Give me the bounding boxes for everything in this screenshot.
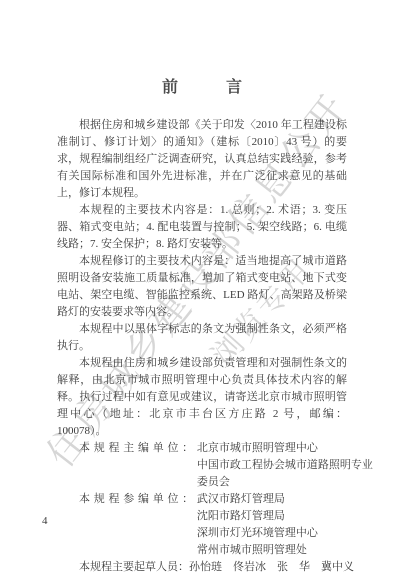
participating-unit-line: 常州市城市照明管理处: [197, 542, 318, 559]
chief-editor-line: 中国市政工程协会城市道路照明专业: [197, 457, 373, 474]
foreword-paragraph-mandatory: 本规程中以黑体字标志的条文为强制性条文，必须严格执行。: [57, 321, 347, 355]
foreword-paragraph-basis: 根据住房和城乡建设部《关于印发〈2010 年工程建设标准制订、修订计划〉的通知》…: [57, 117, 347, 202]
participating-units-values: 武汉市路灯管理局 沈阳市路灯管理局 深圳市灯光环境管理中心 常州市城市照明管理处: [197, 491, 318, 559]
chief-editor-line: 委员会: [197, 474, 373, 491]
page-title: 前 言: [57, 78, 347, 98]
drafters-row: 本规程主要起草人员： 孙怡琏 佟岩冰 张 华 冀中义: [57, 559, 347, 576]
page-number: 4: [42, 515, 48, 527]
participating-unit-line: 深圳市灯光环境管理中心: [197, 525, 318, 542]
drafters-names: 孙怡琏 佟岩冰 张 华 冀中义: [189, 559, 354, 576]
foreword-paragraph-contents: 本规程的主要技术内容是：1. 总则；2. 术语；3. 变压器、箱式变电站；4. …: [57, 202, 347, 253]
participating-unit-line: 武汉市路灯管理局: [197, 491, 318, 508]
chief-editor-line: 北京市城市照明管理中心: [197, 440, 373, 457]
participating-units-row: 本规程参编单位： 武汉市路灯管理局 沈阳市路灯管理局 深圳市灯光环境管理中心 常…: [57, 491, 347, 559]
chief-editor-label: 本规程主编单位：: [79, 440, 197, 457]
participating-unit-line: 沈阳市路灯管理局: [197, 508, 318, 525]
chief-editor-row: 本规程主编单位： 北京市城市照明管理中心 中国市政工程协会城市道路照明专业 委员…: [57, 440, 347, 491]
participating-units-label: 本规程参编单位：: [79, 491, 197, 508]
chief-editor-values: 北京市城市照明管理中心 中国市政工程协会城市道路照明专业 委员会: [197, 440, 373, 491]
drafters-label: 本规程主要起草人员：: [79, 559, 189, 576]
scanned-document-page: 住房城乡建设部信息公开 浏览专用 前 言 根据住房和城乡建设部《关于印发〈201…: [0, 0, 400, 579]
page-content: 前 言 根据住房和城乡建设部《关于印发〈2010 年工程建设标准制订、修订计划〉…: [57, 0, 347, 576]
foreword-paragraph-administration: 本规程由住房和城乡建设部负责管理和对强制性条文的解释，由北京市城市照明管理中心负…: [57, 355, 347, 440]
foreword-body: 根据住房和城乡建设部《关于印发〈2010 年工程建设标准制订、修订计划〉的通知》…: [57, 117, 347, 576]
foreword-paragraph-revisions: 本规程修订的主要技术内容是：适当地提高了城市道路照明设备安装施工质量标准，增加了…: [57, 253, 347, 321]
